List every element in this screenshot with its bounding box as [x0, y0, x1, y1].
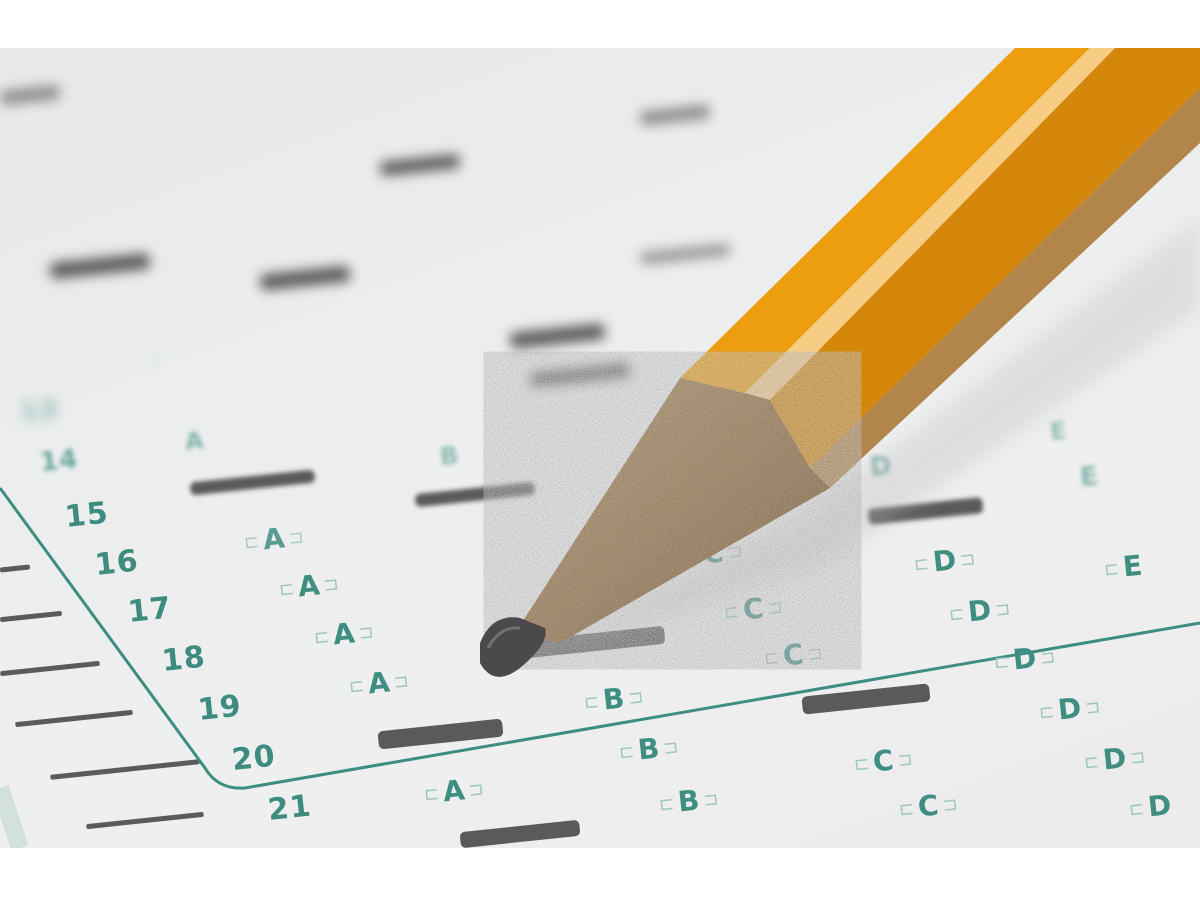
photo: 13 · 14 A B D E E [0, 48, 1200, 848]
pencil [0, 48, 1200, 848]
